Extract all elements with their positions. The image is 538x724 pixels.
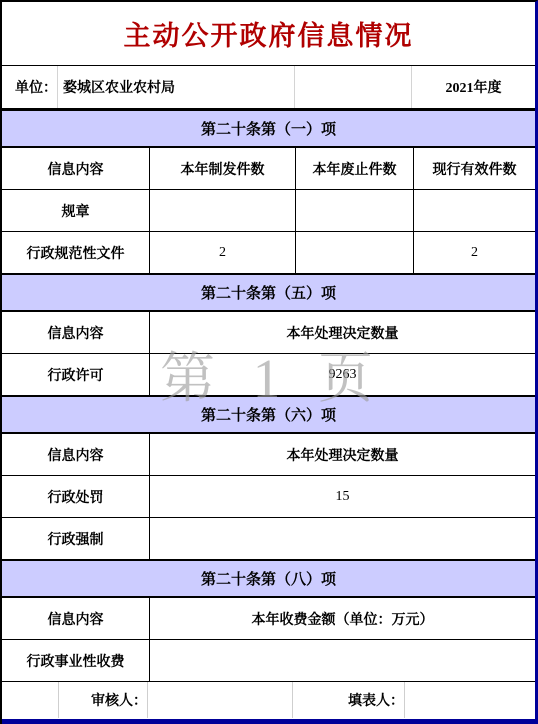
row-label: 规章 bbox=[2, 190, 150, 231]
table-row: 规章 bbox=[2, 190, 535, 232]
table-row: 行政许可 9263 bbox=[2, 354, 535, 396]
section-article20-item8: 第二十条第（八）项 信息内容 本年收费金额（单位：万元） 行政事业性收费 bbox=[2, 560, 535, 682]
row-value bbox=[150, 190, 296, 231]
section-article20-item6: 第二十条第（六）项 信息内容 本年处理决定数量 行政处罚 15 行政强制 bbox=[2, 396, 535, 560]
section-band: 第二十条第（五）项 bbox=[2, 274, 535, 312]
title-row: 主动公开政府信息情况 bbox=[2, 2, 535, 66]
row-value bbox=[150, 518, 535, 559]
header-cell: 本年废止件数 bbox=[296, 148, 414, 189]
header-cell: 信息内容 bbox=[2, 598, 150, 639]
section-band: 第二十条第（八）项 bbox=[2, 560, 535, 598]
header-cell: 本年制发件数 bbox=[150, 148, 296, 189]
table-header-row: 信息内容 本年收费金额（单位：万元） bbox=[2, 598, 535, 640]
header-cell: 现行有效件数 bbox=[414, 148, 535, 189]
footer-spacer bbox=[2, 682, 59, 718]
row-value bbox=[296, 232, 414, 273]
row-label: 行政许可 bbox=[2, 354, 150, 395]
table-row: 行政规范性文件 2 2 bbox=[2, 232, 535, 274]
row-value: 2 bbox=[414, 232, 535, 273]
row-value bbox=[414, 190, 535, 231]
header-cell: 本年处理决定数量 bbox=[150, 434, 535, 475]
header-cell: 信息内容 bbox=[2, 312, 150, 353]
filler-label: 填表人： bbox=[293, 682, 405, 718]
header-cell: 本年收费金额（单位：万元） bbox=[150, 598, 535, 639]
row-label: 行政规范性文件 bbox=[2, 232, 150, 273]
row-value: 15 bbox=[150, 476, 535, 517]
table-header-row: 信息内容 本年制发件数 本年废止件数 现行有效件数 bbox=[2, 148, 535, 190]
row-label: 行政处罚 bbox=[2, 476, 150, 517]
table-row: 行政处罚 15 bbox=[2, 476, 535, 518]
table-row: 行政事业性收费 bbox=[2, 640, 535, 682]
section-article20-item1: 第二十条第（一）项 信息内容 本年制发件数 本年废止件数 现行有效件数 规章 行… bbox=[2, 110, 535, 274]
signature-row: 审核人： 填表人： bbox=[2, 682, 535, 718]
header-cell: 信息内容 bbox=[2, 434, 150, 475]
report-page: 主动公开政府信息情况 单位： 婺城区农业农村局 2021年度 第二十条第（一）项… bbox=[0, 0, 538, 724]
row-label: 行政强制 bbox=[2, 518, 150, 559]
header-cell: 信息内容 bbox=[2, 148, 150, 189]
section-band: 第二十条第（一）项 bbox=[2, 110, 535, 148]
row-value: 9263 bbox=[150, 354, 535, 395]
section-band: 第二十条第（六）项 bbox=[2, 396, 535, 434]
table-row: 行政强制 bbox=[2, 518, 535, 560]
unit-value: 婺城区农业农村局 bbox=[58, 66, 295, 108]
row-value bbox=[150, 640, 535, 681]
page-bottom-edge bbox=[2, 719, 535, 724]
table-header-row: 信息内容 本年处理决定数量 bbox=[2, 312, 535, 354]
row-value bbox=[296, 190, 414, 231]
report-year: 2021年度 bbox=[412, 66, 535, 108]
row-label: 行政事业性收费 bbox=[2, 640, 150, 681]
reviewer-value bbox=[148, 682, 293, 718]
reviewer-label: 审核人： bbox=[59, 682, 148, 718]
section-article20-item5: 第二十条第（五）项 信息内容 本年处理决定数量 行政许可 9263 bbox=[2, 274, 535, 396]
header-cell: 本年处理决定数量 bbox=[150, 312, 535, 353]
unit-row: 单位： 婺城区农业农村局 2021年度 bbox=[2, 66, 535, 110]
table-header-row: 信息内容 本年处理决定数量 bbox=[2, 434, 535, 476]
row-value: 2 bbox=[150, 232, 296, 273]
filler-value bbox=[405, 682, 535, 718]
page-title: 主动公开政府信息情况 bbox=[124, 14, 414, 53]
unit-spacer bbox=[295, 66, 412, 108]
unit-label: 单位： bbox=[2, 66, 58, 108]
